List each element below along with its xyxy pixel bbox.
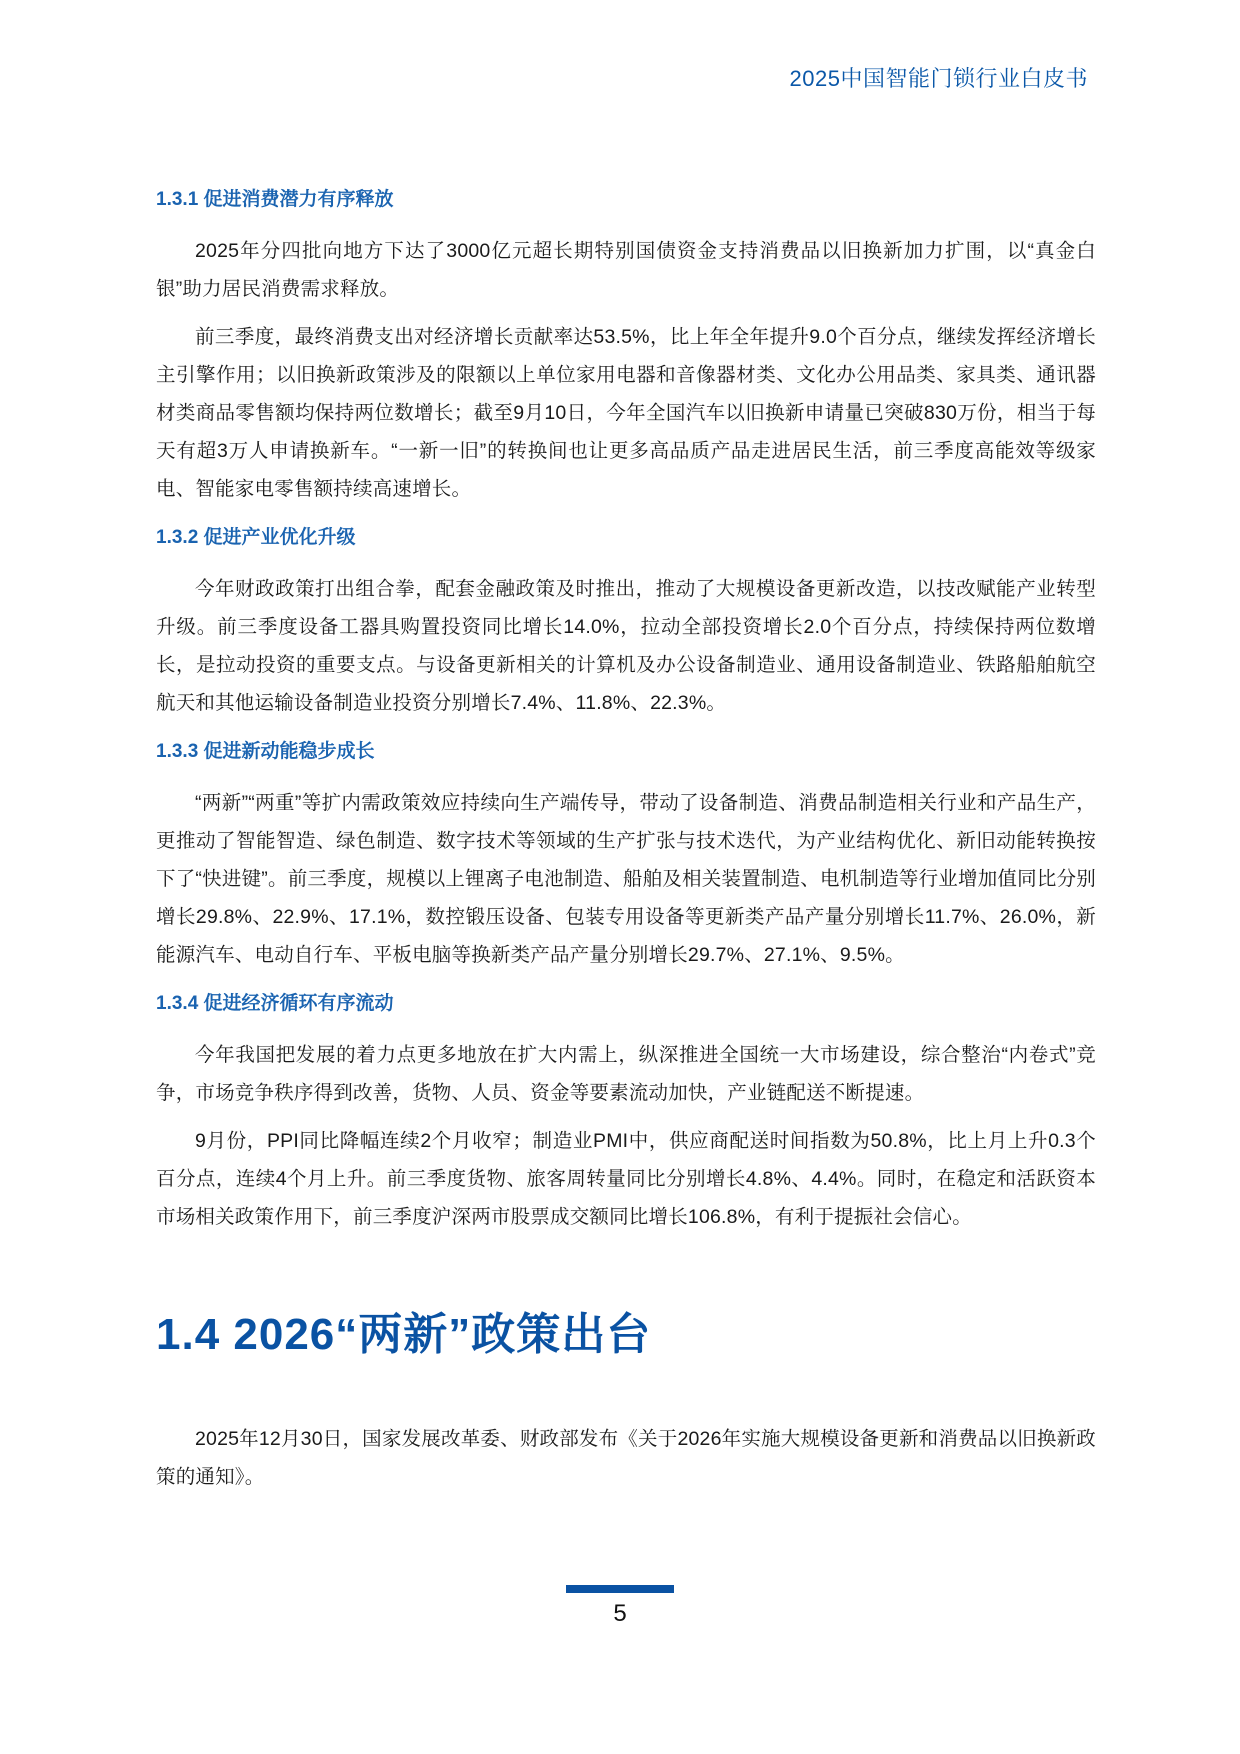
footer-divider-bar bbox=[566, 1585, 674, 1593]
page-content: 1.3.1 促进消费潜力有序释放 2025年分四批向地方下达了3000亿元超长期… bbox=[156, 180, 1096, 1496]
section-title-1-4: 1.4 2026“两新”政策出台 bbox=[156, 1298, 1096, 1362]
paragraph: 今年我国把发展的着力点更多地放在扩大内需上，纵深推进全国统一大市场建设，综合整治… bbox=[156, 1036, 1096, 1112]
paragraph: 前三季度，最终消费支出对经济增长贡献率达53.5%，比上年全年提升9.0个百分点… bbox=[156, 318, 1096, 508]
paragraph: “两新”“两重”等扩内需政策效应持续向生产端传导，带动了设备制造、消费品制造相关… bbox=[156, 784, 1096, 974]
subsection-title-1-3-3: 1.3.3 促进新动能稳步成长 bbox=[156, 732, 1096, 772]
subsection-title-1-3-2: 1.3.2 促进产业优化升级 bbox=[156, 518, 1096, 558]
page-number: 5 bbox=[0, 1600, 1240, 1628]
paragraph: 2025年分四批向地方下达了3000亿元超长期特别国债资金支持消费品以旧换新加力… bbox=[156, 232, 1096, 308]
paragraph: 2025年12月30日，国家发展改革委、财政部发布《关于2026年实施大规模设备… bbox=[156, 1420, 1096, 1496]
subsection-title-1-3-4: 1.3.4 促进经济循环有序流动 bbox=[156, 984, 1096, 1024]
subsection-title-1-3-1: 1.3.1 促进消费潜力有序释放 bbox=[156, 180, 1096, 220]
running-header-title: 2025中国智能门锁行业白皮书 bbox=[790, 62, 1088, 93]
paragraph: 9月份，PPI同比降幅连续2个月收窄；制造业PMI中，供应商配送时间指数为50.… bbox=[156, 1122, 1096, 1236]
paragraph: 今年财政政策打出组合拳，配套金融政策及时推出，推动了大规模设备更新改造，以技改赋… bbox=[156, 570, 1096, 722]
